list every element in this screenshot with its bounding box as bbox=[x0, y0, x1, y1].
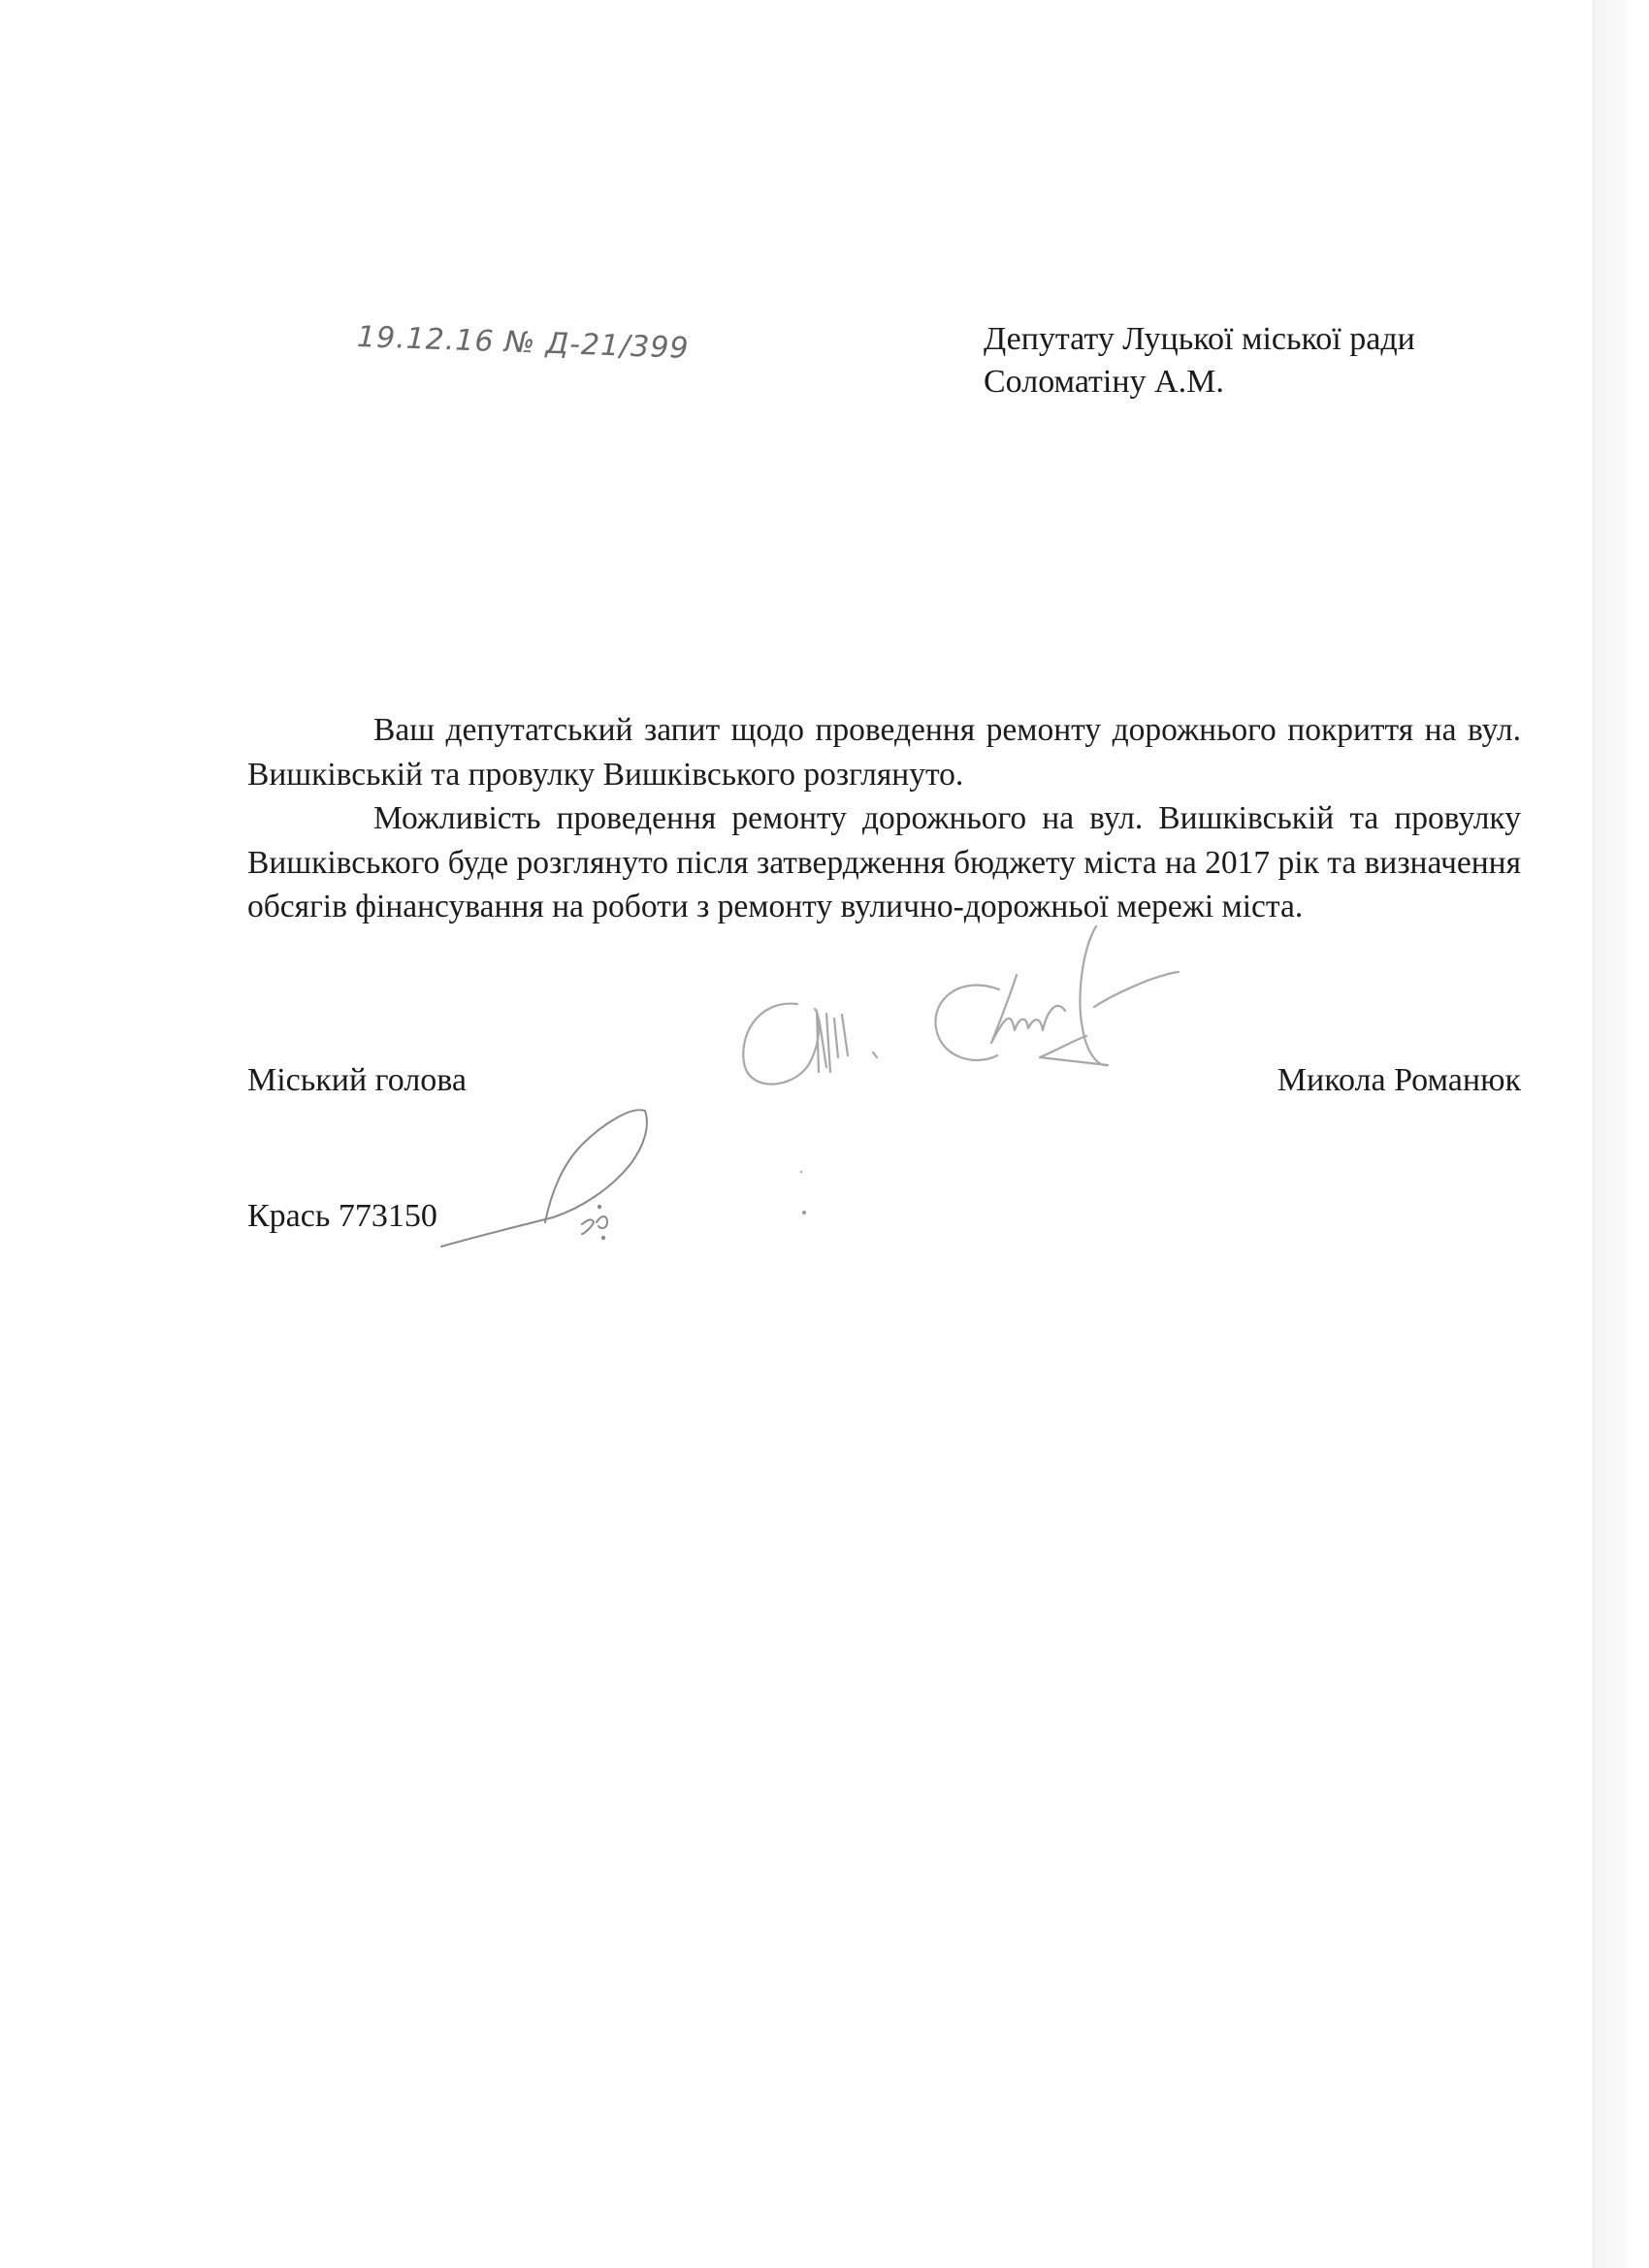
document-page: 19.12.16 № Д-21/399 Депутату Луцької міс… bbox=[0, 0, 1649, 2268]
addressee-line-2: Соломатіну А.М. bbox=[984, 361, 1415, 404]
executor-signature-icon bbox=[436, 1106, 689, 1261]
scan-speck-icon bbox=[795, 1164, 815, 1222]
scan-edge-shadow bbox=[1593, 0, 1626, 2268]
body-paragraph-1: Ваш депутатський запит щодо проведення р… bbox=[247, 708, 1521, 796]
addressee-block: Депутату Луцької міської ради Соломатіну… bbox=[984, 318, 1415, 404]
letter-body: Ваш депутатський запит щодо проведення р… bbox=[247, 708, 1521, 929]
signatory-title: Міський голова bbox=[247, 1059, 467, 1102]
handwritten-registration-number: 19.12.16 № Д-21/399 bbox=[356, 320, 690, 366]
executor-contact: Крась 773150 bbox=[247, 1195, 437, 1238]
signature-row: Міський голова Микола Романюк bbox=[247, 1059, 1521, 1102]
body-paragraph-2: Можливість проведення ремонту дорожнього… bbox=[247, 796, 1521, 929]
addressee-line-1: Депутату Луцької міської ради bbox=[984, 318, 1415, 361]
signatory-name: Микола Романюк bbox=[1277, 1059, 1521, 1102]
